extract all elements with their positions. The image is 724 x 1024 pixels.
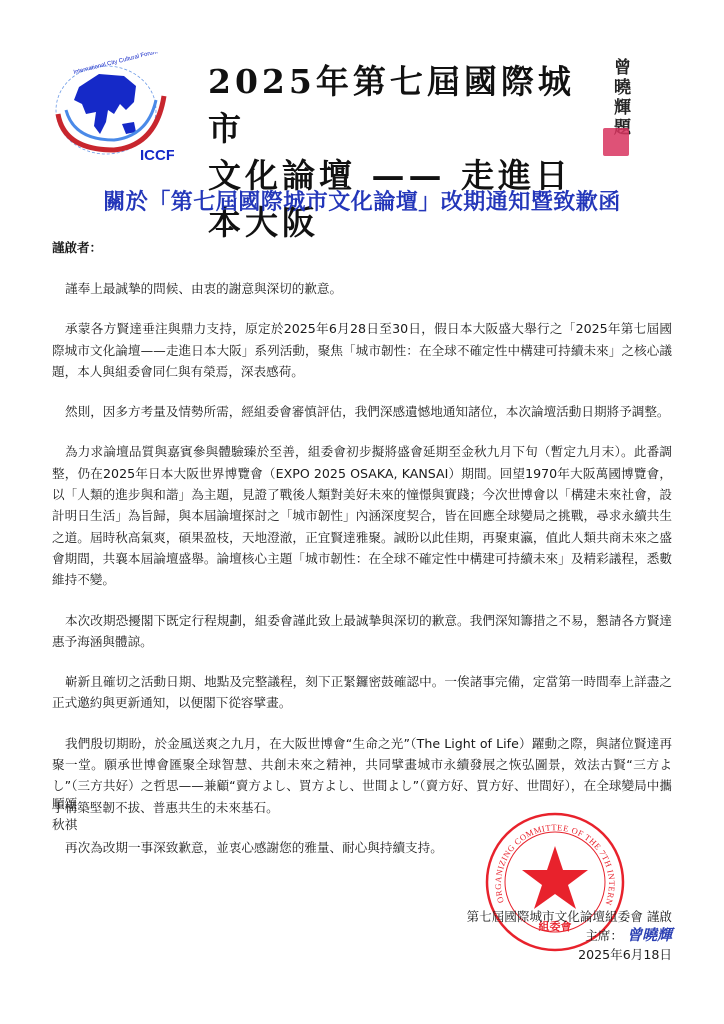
paragraph: 嶄新且確切之活動日期、地點及完整議程，刻下正緊鑼密鼓確認中。一俟諸事完備，定當第… [52, 671, 672, 714]
letterhead: International City Cultural Forum ICCF 2… [0, 0, 724, 170]
letter-date: 2025年6月18日 [466, 945, 672, 964]
banner-title: 2025年第七屆國際城市 文化論壇 —— 走進日本大阪 [208, 58, 598, 246]
letter-body: 謹奉上最誠摯的問候、由衷的謝意與深切的歉意。 承蒙各方賢達垂注與鼎力支持，原定於… [52, 278, 672, 877]
closing-line-1: 順頌 [52, 793, 77, 814]
paragraph: 本次改期恐擾閣下既定行程規劃，組委會謹此致上最誠摯與深切的歉意。我們深知籌措之不… [52, 610, 672, 653]
paragraph: 承蒙各方賢達垂注與鼎力支持，原定於2025年6月28日至30日，假日本大阪盛大舉… [52, 318, 672, 382]
signature-block: 第七屆國際城市文化論壇組委會 謹啟 主席：曾曉輝 2025年6月18日 [466, 907, 672, 964]
calligrapher-inscription: 曾曉輝題 [614, 58, 638, 138]
chair-signature: 曾曉輝 [627, 926, 672, 944]
banner-line-1: 2025年第七屆國際城市 [208, 58, 598, 152]
closing-line-2: 秋祺 [52, 814, 77, 835]
organization-signoff: 第七屆國際城市文化論壇組委會 謹啟 [466, 907, 672, 926]
paragraph: 然則，因多方考量及情勢所需，經組委會審慎評估，我們深感遺憾地通知諸位，本次論壇活… [52, 401, 672, 422]
logo-acronym: ICCF [140, 147, 174, 164]
chair-line: 主席：曾曉輝 [466, 926, 672, 945]
document-title: 關於「第七屆國際城市文化論壇」改期通知暨致歉函 [0, 185, 724, 216]
iccf-logo: International City Cultural Forum ICCF [44, 52, 174, 164]
paragraph: 謹奉上最誠摯的問候、由衷的謝意與深切的歉意。 [52, 278, 672, 299]
paragraph: 為力求論壇品質與嘉賓參與體驗臻於至善，組委會初步擬將盛會延期至金秋九月下旬（暫定… [52, 441, 672, 590]
paragraph: 我們殷切期盼，於金風送爽之九月，在大阪世博會“生命之光”（The Light o… [52, 733, 672, 818]
logo-arc-text: International City Cultural Forum [73, 52, 158, 76]
globe-continents-icon [74, 74, 136, 134]
closing: 順頌 秋祺 [52, 793, 77, 835]
salutation: 謹啟者： [52, 238, 102, 256]
chair-label: 主席： [585, 928, 623, 943]
calligrapher-seal-icon [603, 128, 629, 156]
